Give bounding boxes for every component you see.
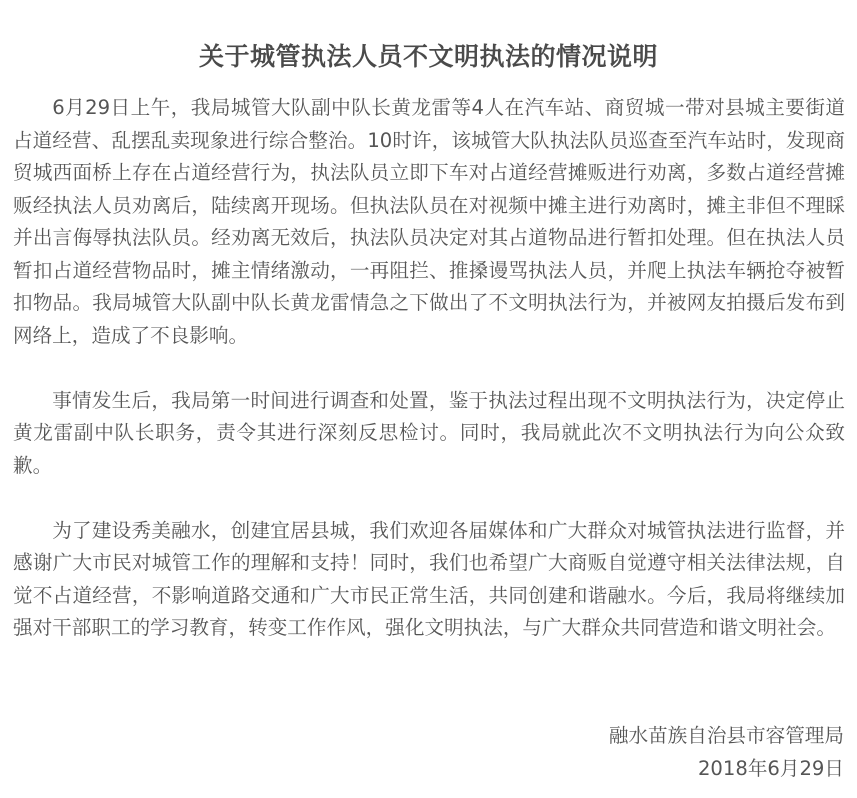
- signature-date: 2018年6月29日: [609, 753, 844, 786]
- paragraph-commitment: 为了建设秀美融水，创建宜居县城，我们欢迎各届媒体和广大群众对城管执法进行监督，并…: [13, 515, 845, 645]
- paragraph-spacer: [13, 352, 845, 385]
- signature-block: 融水苗族自治县市容管理局 2018年6月29日: [609, 720, 844, 785]
- document-body: 6月29日上午，我局城管大队副中队长黄龙雷等4人在汽车站、商贸城一带对县城主要街…: [13, 92, 845, 645]
- signature-organization: 融水苗族自治县市容管理局: [609, 720, 844, 753]
- paragraph-response: 事情发生后，我局第一时间进行调查和处置，鉴于执法过程出现不文明执法行为，决定停止…: [13, 385, 845, 483]
- paragraph-incident: 6月29日上午，我局城管大队副中队长黄龙雷等4人在汽车站、商贸城一带对县城主要街…: [13, 92, 845, 352]
- paragraph-spacer: [13, 482, 845, 515]
- document-title: 关于城管执法人员不文明执法的情况说明: [0, 39, 857, 75]
